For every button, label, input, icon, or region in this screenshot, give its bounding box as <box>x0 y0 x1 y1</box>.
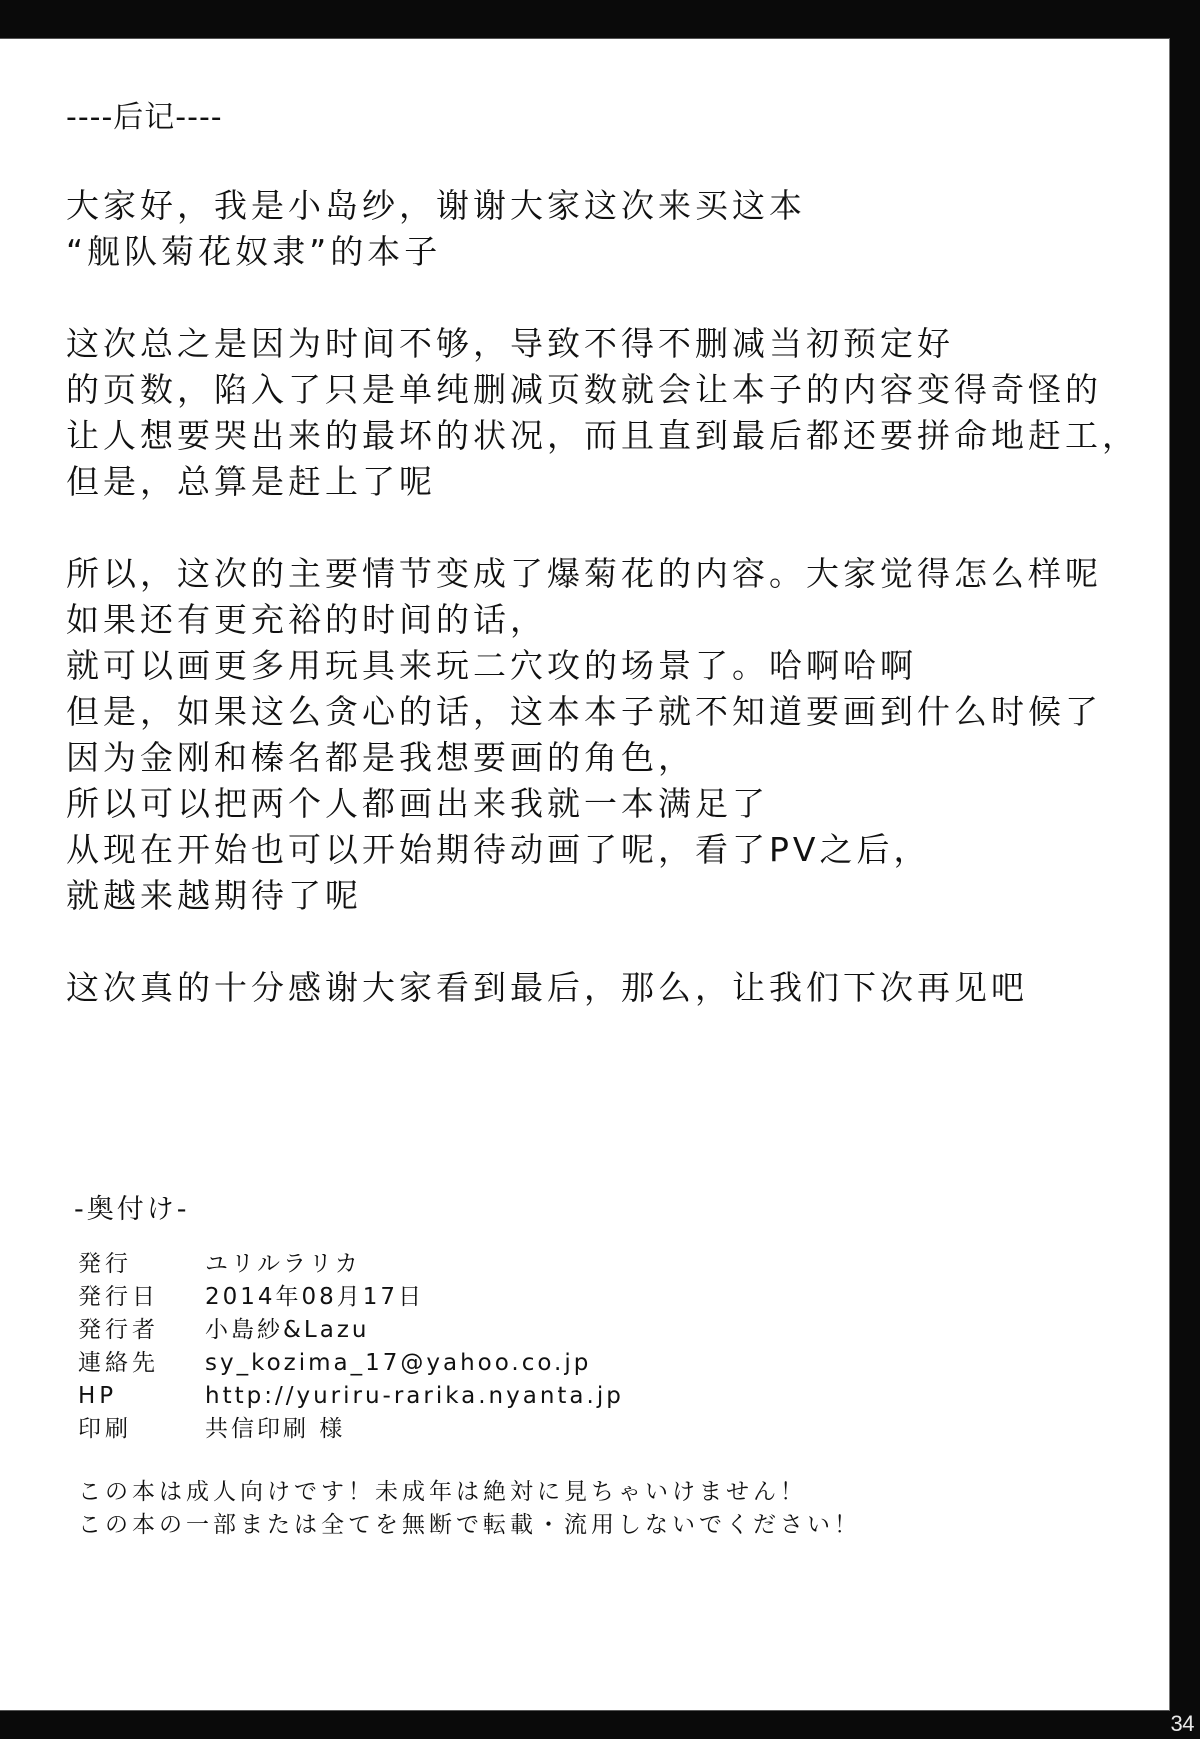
afterword-body: 大家好，我是小岛纱，谢谢大家这次来买这本 “舰队菊花奴隶”的本子 这次总之是因为… <box>66 183 1146 1057</box>
colophon-row-publisher: 発行 ユリルラリカ <box>78 1248 624 1281</box>
colophon-row-author: 発行者 小島紗&Lazu <box>78 1314 624 1347</box>
reproduction-notice: この本の一部または全てを無断で転載・流用しないでください！ <box>78 1509 861 1542</box>
text-line: 这次总之是因为时间不够，导致不得不删减当初预定好 <box>66 321 1146 367</box>
colophon-value: 小島紗&Lazu <box>205 1314 370 1347</box>
text-line: 所以可以把两个人都画出来我就一本满足了 <box>66 781 1146 827</box>
afterword-paragraph-content: 所以，这次的主要情节变成了爆菊花的内容。大家觉得怎么样呢 如果还有更充裕的时间的… <box>66 551 1146 919</box>
scan-frame-bottom: 34 <box>0 1709 1200 1739</box>
text-line: 就可以画更多用玩具来玩二穴攻的场景了。哈啊哈啊 <box>66 643 1146 689</box>
colophon-table: 発行 ユリルラリカ 発行日 2014年08月17日 発行者 小島紗&Lazu 連… <box>78 1248 624 1446</box>
text-line: “舰队菊花奴隶”的本子 <box>66 229 1146 275</box>
text-line: 就越来越期待了呢 <box>66 873 1146 919</box>
colophon-row-date: 発行日 2014年08月17日 <box>78 1281 624 1314</box>
scan-frame-right <box>1169 0 1200 1739</box>
text-line: 因为金刚和榛名都是我想要画的角色， <box>66 735 1146 781</box>
colophon-value: 2014年08月17日 <box>205 1281 424 1314</box>
page-number: 34 <box>1171 1711 1194 1737</box>
text-line: 大家好，我是小岛纱，谢谢大家这次来买这本 <box>66 183 1146 229</box>
colophon-label: HP <box>78 1380 205 1413</box>
adult-content-notice: この本は成人向けです！未成年は絶対に見ちゃいけません！ <box>78 1476 861 1509</box>
text-line: 这次真的十分感谢大家看到最后，那么，让我们下次再见吧 <box>66 965 1146 1011</box>
colophon-title: -奥付け- <box>74 1187 190 1226</box>
colophon-label: 印刷 <box>78 1413 205 1446</box>
afterword-paragraph-greeting: 大家好，我是小岛纱，谢谢大家这次来买这本 “舰队菊花奴隶”的本子 <box>66 183 1146 275</box>
text-line: 但是，总算是赶上了呢 <box>66 459 1146 505</box>
colophon-row-homepage: HP http://yuriru-rarika.nyanta.jp <box>78 1380 624 1413</box>
colophon-label: 発行者 <box>78 1314 205 1347</box>
homepage-url: http://yuriru-rarika.nyanta.jp <box>205 1380 624 1413</box>
colophon-label: 発行 <box>78 1248 205 1281</box>
text-line: 让人想要哭出来的最坏的状况，而且直到最后都还要拼命地赶工， <box>66 413 1146 459</box>
text-line: 如果还有更充裕的时间的话， <box>66 597 1146 643</box>
text-line: 从现在开始也可以开始期待动画了呢，看了PV之后， <box>66 827 1146 873</box>
colophon-value: ユリルラリカ <box>205 1248 361 1281</box>
scan-frame-top <box>0 0 1200 38</box>
colophon-label: 発行日 <box>78 1281 205 1314</box>
colophon-value: 共信印刷 様 <box>205 1413 345 1446</box>
colophon-label: 連絡先 <box>78 1347 205 1380</box>
colophon-row-printer: 印刷 共信印刷 様 <box>78 1413 624 1446</box>
text-line: 但是，如果这么贪心的话，这本本子就不知道要画到什么时候了 <box>66 689 1146 735</box>
text-line: 的页数，陷入了只是单纯删减页数就会让本子的内容变得奇怪的 <box>66 367 1146 413</box>
notice-block: この本は成人向けです！未成年は絶対に見ちゃいけません！ この本の一部または全てを… <box>78 1476 861 1542</box>
afterword-paragraph-schedule: 这次总之是因为时间不够，导致不得不删减当初预定好 的页数，陷入了只是单纯删减页数… <box>66 321 1146 505</box>
colophon-row-contact: 連絡先 sy_kozima_17@yahoo.co.jp <box>78 1347 624 1380</box>
text-line: 所以，这次的主要情节变成了爆菊花的内容。大家觉得怎么样呢 <box>66 551 1146 597</box>
afterword-heading: ----后记---- <box>66 92 223 136</box>
afterword-paragraph-closing: 这次真的十分感谢大家看到最后，那么，让我们下次再见吧 <box>66 965 1146 1011</box>
contact-email: sy_kozima_17@yahoo.co.jp <box>205 1347 591 1380</box>
